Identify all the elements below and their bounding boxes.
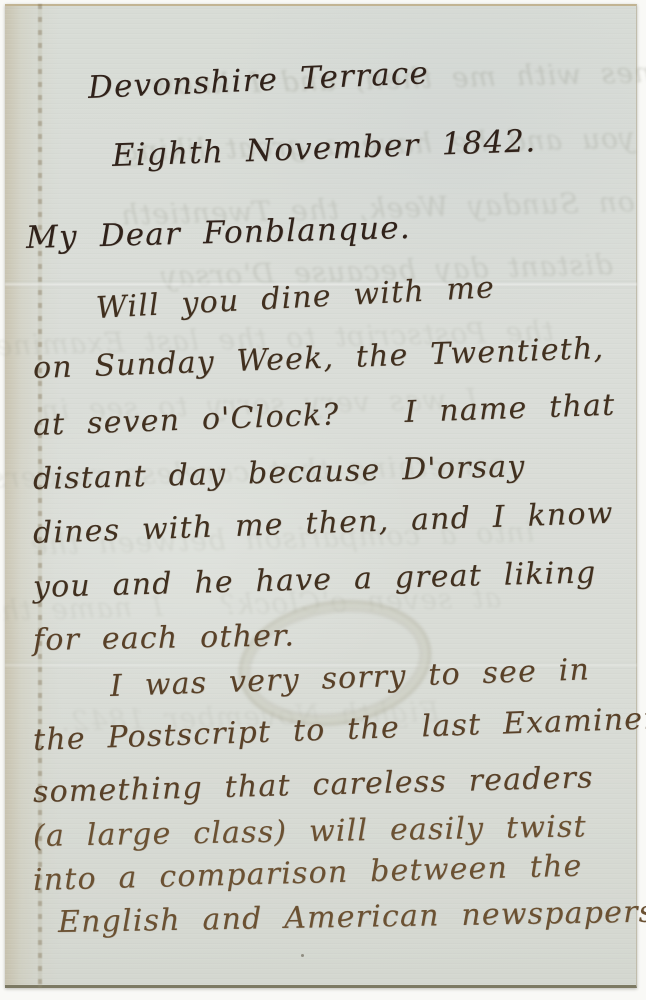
letter-photo: dines with me then, and I know you and h…: [0, 0, 646, 1000]
body-line-7: for each other.: [33, 618, 296, 658]
paper-speck: [301, 954, 304, 957]
